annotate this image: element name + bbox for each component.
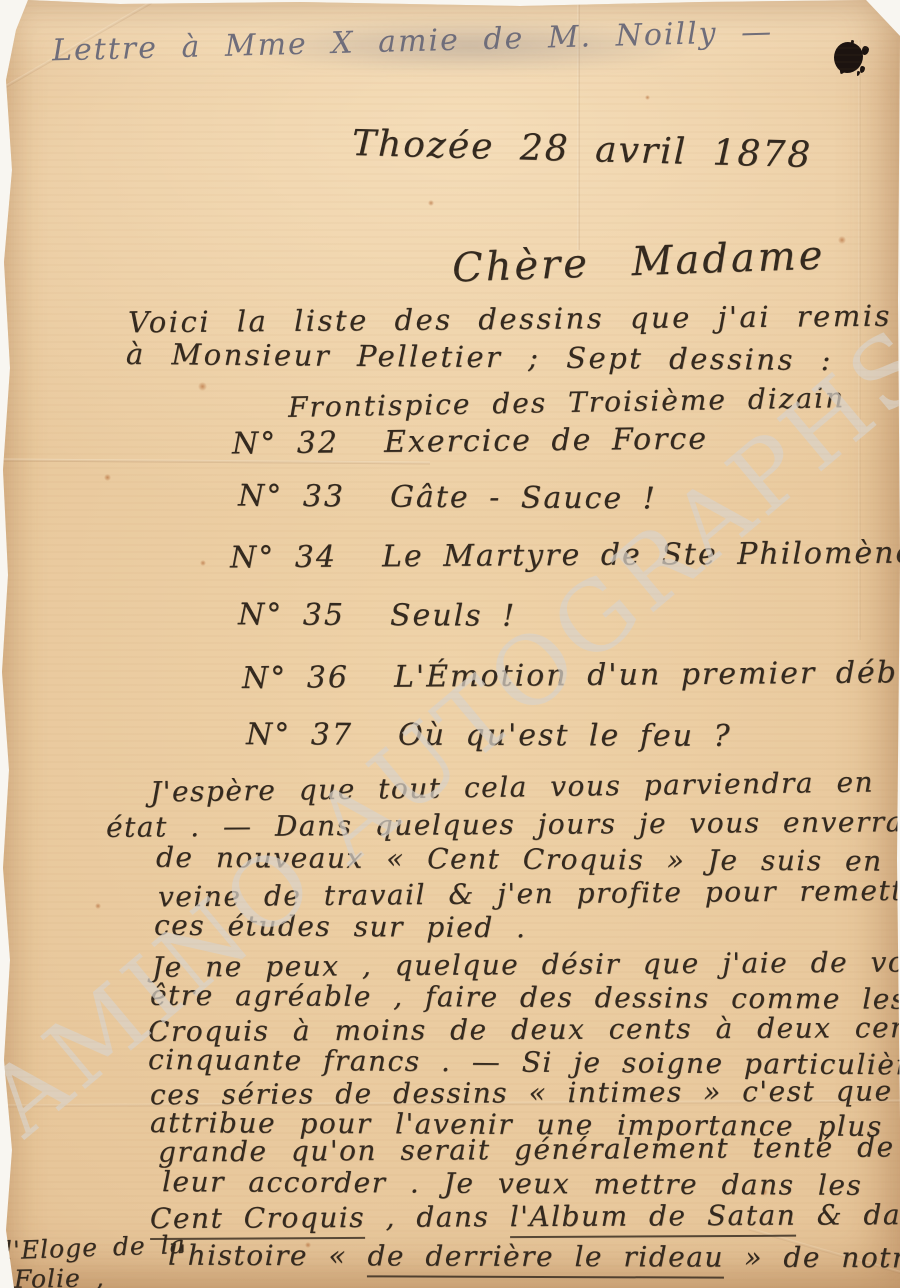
drawing-title: L'Émotion d'un premier début	[394, 655, 900, 695]
letter-line: Cent Croquis , dans l'Album de Satan & d…	[150, 1198, 900, 1236]
foxing-spot	[104, 474, 111, 481]
letter-line: veine de travail & j'en profite pour rem…	[158, 874, 900, 914]
letter-line: à Monsieur Pelletier ; Sept dessins :	[126, 337, 833, 378]
foxing-spot	[95, 903, 101, 909]
margin-note: l'Eloge de la	[4, 1230, 186, 1266]
margin-note: Folie ,	[14, 1263, 105, 1288]
foxing-spot	[198, 382, 207, 391]
drawing-title: Gâte - Sauce !	[390, 480, 657, 517]
letter-line: l'histoire « de derrière le rideau » de …	[168, 1239, 900, 1275]
drawing-title: Exercice de Force	[384, 422, 708, 460]
drawing-number: N° 37	[246, 717, 364, 753]
letter-line: de nouveaux « Cent Croquis » Je suis en …	[156, 841, 900, 879]
letter-line: Voici la liste des dessins que j'ai remi…	[128, 299, 892, 340]
foxing-spot	[645, 95, 650, 100]
letter-line: ces études sur pied .	[154, 909, 527, 945]
drawing-list-item: N° 35Seuls !	[238, 597, 516, 634]
drawing-number: N° 34	[230, 540, 348, 577]
drawing-list-item: N° 36L'Émotion d'un premier début	[242, 655, 900, 697]
scan-background: Lettre à Mme X amie de M. Noilly — Thozé…	[0, 0, 900, 1288]
letter-line-segment: » de notre	[724, 1241, 900, 1275]
letter-line: grande qu'on serait généralement tenté d…	[158, 1130, 895, 1169]
drawing-list-item: N° 33Gâte - Sauce !	[238, 479, 657, 518]
drawing-list-item: N° 34Le Martyre de Ste Philomène	[230, 536, 900, 577]
foxing-spot	[838, 236, 846, 244]
drawing-list-item: N° 32Exercice de Force	[232, 422, 708, 463]
letter-line-segment: l'histoire «	[168, 1239, 368, 1273]
drawing-number: N° 32	[232, 425, 350, 462]
letter-paper: Lettre à Mme X amie de M. Noilly — Thozé…	[0, 0, 900, 1288]
drawing-number: N° 35	[238, 597, 356, 634]
letter-line: J'espère que tout cela vous parviendra e…	[150, 764, 900, 809]
foxing-spot	[200, 560, 206, 566]
letter-line: état . — Dans quelques jours je vous env…	[106, 805, 900, 844]
underlined-title: l'Album de Satan	[510, 1199, 797, 1238]
drawing-number: N° 33	[238, 479, 356, 516]
salutation: Chère Madame	[451, 231, 826, 292]
letter-line-segment: & dans	[796, 1198, 900, 1232]
letter-line-segment: , dans	[365, 1200, 510, 1234]
date-line: Thozée 28 avril 1878	[352, 122, 813, 177]
drawing-title: Où qu'est le feu ?	[398, 718, 732, 754]
drawing-title: Le Martyre de Ste Philomène	[382, 536, 900, 575]
drawing-title: Seuls !	[390, 598, 516, 634]
letter-line: leur accorder . Je veux mettre dans les	[162, 1165, 862, 1202]
underlined-title: de derrière le rideau	[367, 1239, 724, 1278]
drawing-number: N° 36	[242, 660, 360, 697]
drawing-list-item: N° 37Où qu'est le feu ?	[246, 717, 732, 755]
letter-line: Frontispice des Troisième dizain	[288, 381, 846, 424]
foxing-spot	[428, 200, 434, 206]
